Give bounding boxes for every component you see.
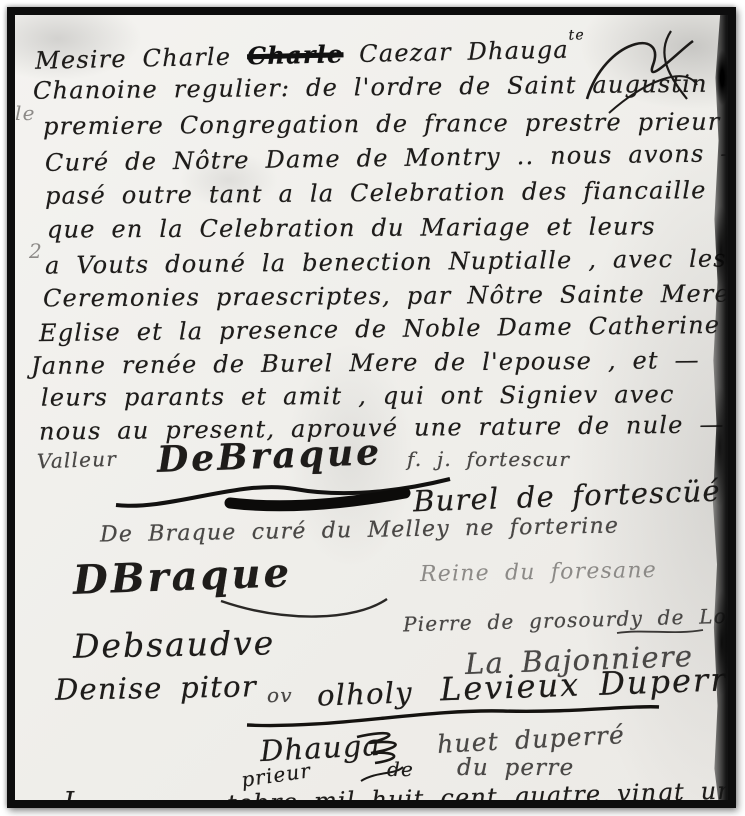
handwritten-line: pasé outre tant a la Celebration des fia… [45, 176, 707, 210]
line1-middle: Caezar Dhauga [359, 36, 569, 68]
handwritten-line: a Vouts douné la benection Nuptialle , a… [45, 244, 727, 279]
signature-debraque-cure: De Braque curé du Melley ne forterine [100, 513, 619, 547]
handwritten-line: Ceremonies praescriptes, par Nôtre Saint… [43, 280, 728, 313]
ink-flourish-grosourdy-underline [615, 627, 705, 637]
margin-note-le: le [15, 101, 36, 125]
margin-note-2: 2 [29, 239, 43, 263]
signature-denise: Denise pitor [55, 669, 257, 707]
handwritten-line: Curé de Nôtre Dame de Montry .. nous avo… [45, 139, 728, 177]
handwritten-line: que en la Celebration du Mariage et leur… [47, 212, 656, 243]
signature-debsaudve: Debsaudve [73, 623, 276, 666]
photo-border: Mesire Charle Charle Caezar Dhaugate Cha… [7, 7, 736, 808]
ink-flourish-debraque-tail [215, 593, 395, 627]
handwritten-line: nous au present, aprouvé une rature de n… [39, 410, 725, 445]
line1-prefix: Mesire Charle [35, 43, 232, 75]
signature-de: de [387, 757, 414, 781]
signature-reine: Reine du foresane [420, 558, 657, 587]
handwritten-line: Mesire Charle Charle Caezar Dhaugate [35, 27, 586, 75]
handwritten-line: premiere Congregation de france prestre … [43, 108, 721, 141]
manuscript-page: Mesire Charle Charle Caezar Dhaugate Cha… [15, 15, 728, 800]
signature-fortescur: f. j. fortescur [407, 447, 570, 471]
signature-valleur: Valleur [37, 447, 118, 474]
signature-du-perre: du perre [457, 755, 574, 781]
handwritten-line: Janne renée de Burel Mere de l'epouse , … [31, 346, 700, 380]
ink-flourish-debraque-underline [110, 465, 460, 513]
signature-prieur: prieur [240, 758, 313, 792]
handwritten-line: Eglise et la presence de Noble Dame Cath… [39, 311, 720, 347]
struck-out-word: Charle [247, 39, 344, 70]
partial-letter: J [63, 787, 75, 800]
handwritten-line: leurs parants et amit , qui ont Signiev … [41, 380, 675, 411]
scanned-document-photo: Mesire Charle Charle Caezar Dhaugate Cha… [0, 0, 745, 816]
